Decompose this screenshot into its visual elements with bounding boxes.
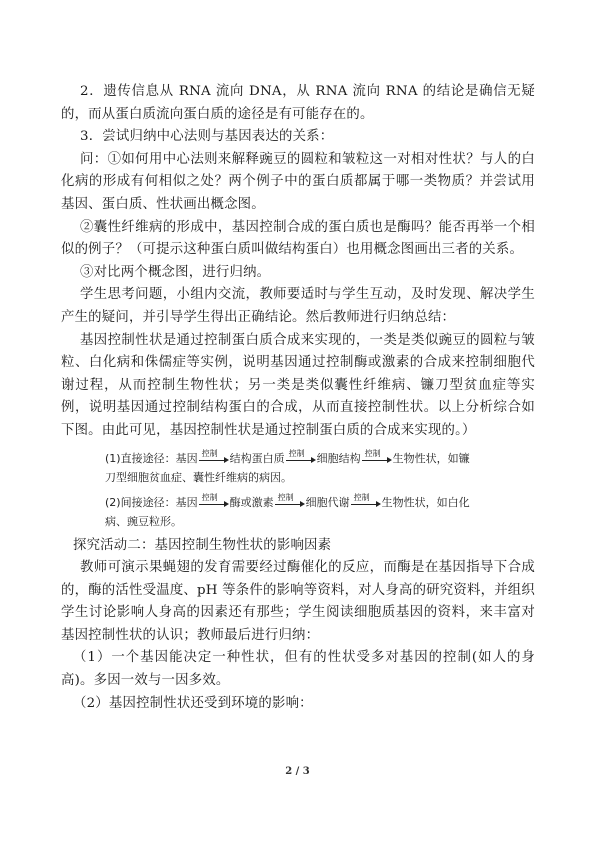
- arrow-icon: 控制: [362, 454, 392, 464]
- paragraph-student-discussion: 学生思考问题，小组内交流，教师要适时与学生互动，及时发现、解决学生产生的疑问，并…: [61, 284, 535, 329]
- direct-trait-text: 生物性状，如镰: [393, 452, 470, 465]
- direct-node-structural-protein: 结构蛋白质: [230, 452, 285, 465]
- indirect-node-enzyme-hormone: 酶或激素: [230, 496, 274, 509]
- indirect-pathway-prefix: (2)间接途径：基因: [105, 496, 198, 509]
- paragraph-question-3: ③对比两个概念图，进行归纳。: [61, 262, 535, 285]
- direct-node-cell-structure: 细胞结构: [317, 452, 361, 465]
- paragraph-summary: 基因控制性状是通过控制蛋白质合成来实现的，一类是类似豌豆的圆粒与皱粒、白化病和侏…: [61, 330, 535, 443]
- page-number: 2 / 3: [0, 766, 595, 777]
- direct-pathway-row: (1)直接途径：基因控制结构蛋白质控制细胞结构控制生物性状，如镰: [105, 449, 425, 468]
- arrow-icon: 控制: [351, 498, 381, 508]
- direct-pathway-continuation: 刀型细胞贫血症、囊性纤维病的病因。: [105, 468, 425, 487]
- arrow-icon: 控制: [286, 454, 316, 464]
- paragraph-point-1: （1）一个基因能决定一种性状，但有的性状受多对基因的控制(如人的身高)。多因一效…: [61, 647, 535, 692]
- indirect-pathway-row: (2)间接途径：基因控制酶或激素控制细胞代谢控制生物性状，如白化: [105, 493, 425, 512]
- indirect-trait-text: 生物性状，如白化: [382, 496, 470, 509]
- indirect-pathway-continuation: 病、豌豆粒形。: [105, 512, 425, 531]
- paragraph-point-2: （2）基因控制性状还受到环境的影响：: [61, 693, 535, 716]
- paragraph-activity-two-heading: 探究活动二：基因控制生物性状的影响因素: [61, 535, 535, 558]
- arrow-icon: 控制: [199, 454, 229, 464]
- paragraph-genetic-info-flow: 2．遗传信息从 RNA 流向 DNA，从 RNA 流向 RNA 的结论是确信无疑…: [61, 81, 535, 126]
- paragraph-central-dogma-heading: 3．尝试归纳中心法则与基因表达的关系：: [61, 126, 535, 149]
- indirect-node-cell-metabolism: 细胞代谢: [306, 496, 350, 509]
- direct-pathway-prefix: (1)直接途径：基因: [105, 452, 198, 465]
- gene-control-diagram: (1)直接途径：基因控制结构蛋白质控制细胞结构控制生物性状，如镰 刀型细胞贫血症…: [105, 449, 425, 531]
- document-page: 2．遗传信息从 RNA 流向 DNA，从 RNA 流向 RNA 的结论是确信无疑…: [61, 81, 535, 715]
- arrow-icon: 控制: [275, 498, 305, 508]
- paragraph-question-2: ②囊性纤维病的形成中，基因控制合成的蛋白质也是酶吗？能否再举一个相似的例子？（可…: [61, 217, 535, 262]
- arrow-icon: 控制: [199, 498, 229, 508]
- paragraph-teacher-demo: 教师可演示果蝇翅的发育需要经过酶催化的反应，而酶是在基因指导下合成的，酶的活性受…: [61, 557, 535, 647]
- paragraph-question-1: 问：①如何用中心法则来解释豌豆的圆粒和皱粒这一对相对性状？与人的白化病的形成有何…: [61, 149, 535, 217]
